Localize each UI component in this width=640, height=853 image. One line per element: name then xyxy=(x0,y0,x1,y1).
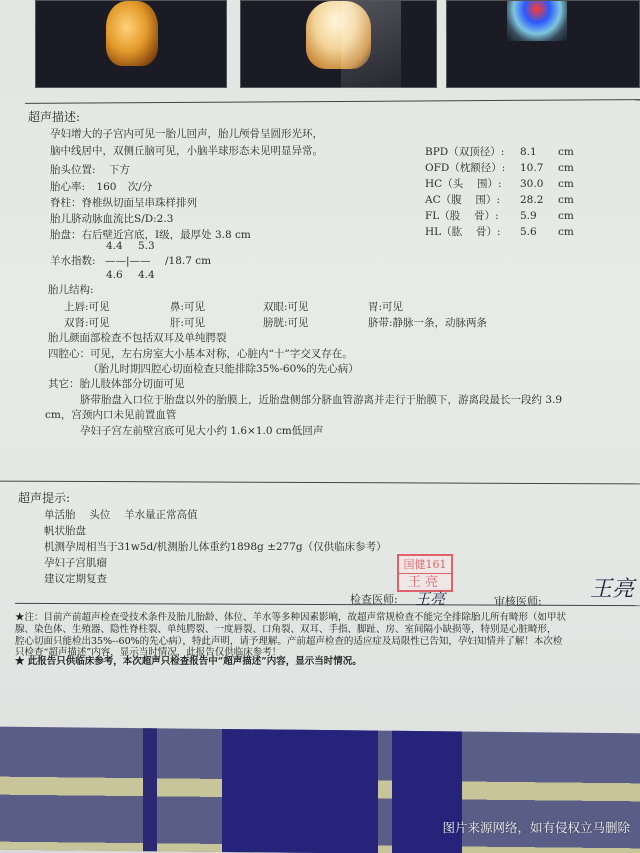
reviewing-doctor-label: 审核医师: xyxy=(494,595,542,609)
umbilical-sd-ratio: 胎儿脐动脉血流比S/D:2.3 xyxy=(50,212,173,226)
spine: 脊柱：脊椎纵切面呈串珠样排列 xyxy=(50,196,197,210)
description-line: 孕妇增大的子宫内可见一胎儿回声，胎儿颅骨呈圆形光环， xyxy=(50,127,323,141)
divider xyxy=(0,481,640,485)
structure-item: 膀胱:可见 xyxy=(263,315,309,330)
cord-insertion-line-1: 脐带胎盘入口位于胎盘以外的胎膜上，近胎盘侧部分脐血管游离并走行于胎膜下，游离段最… xyxy=(80,393,562,407)
structure-item: 双眼:可见 xyxy=(263,299,309,314)
structure-item: 鼻:可见 xyxy=(170,299,205,314)
fetal-head-position: 胎头位置: 下方 xyxy=(50,163,130,177)
measurement-unit: cm xyxy=(558,210,574,222)
uterus-note: 孕妇子宫左前壁宫底可见大小约 1.6×1.0 cm低回声 xyxy=(80,424,323,438)
divider xyxy=(15,603,640,606)
conclusion-line: 单活胎 头位 羊水量正常高值 xyxy=(44,508,198,522)
disclaimer-line: ★注：目前产前超声检查受技术条件及胎儿胎龄、体位、羊水等多种因素影响，故超声常规… xyxy=(15,612,566,623)
measurement-value: 10.7 xyxy=(520,162,558,174)
structure-label: 肝: xyxy=(170,317,184,329)
measurement-row: OFD（枕额径）:10.7cm xyxy=(425,160,574,175)
structure-value: 可见 xyxy=(184,301,205,313)
measurement-value: 5.6 xyxy=(520,226,558,238)
structure-value: 可见 xyxy=(288,301,309,313)
structure-item: 脐带:静脉一条，动脉两条 xyxy=(368,315,487,330)
structure-item: 肝:可见 xyxy=(170,315,205,330)
structure-item: 双肾:可见 xyxy=(64,315,110,330)
measurement-unit: cm xyxy=(558,162,574,174)
doctor-stamp: 国健161 王亮 xyxy=(397,554,453,592)
measurement-value: 5.9 xyxy=(520,210,558,222)
structure-item: 胃:可见 xyxy=(368,299,403,314)
conclusion-line: 孕妇子宫肌瘤 xyxy=(44,556,107,570)
fetal-heart-rate: 胎心率: 160 次/分 xyxy=(50,180,152,194)
field-unit: 次/分 xyxy=(128,181,153,193)
examiner-signature: 王亮 xyxy=(415,588,445,609)
ultrasound-image-3d-2 xyxy=(240,0,437,88)
conclusion-line: 帆状胎盘 xyxy=(44,524,86,538)
measurement-value: 8.1 xyxy=(520,146,558,158)
disclaimer-line: 腺、染色体、生殖器、隐性脊柱裂、单纯腭裂、一度唇裂、口角裂、双耳、手指、脚趾、房… xyxy=(15,624,557,635)
face-exam-note: 胎儿颜面部检查不包括双耳及单纯腭裂 xyxy=(48,331,227,345)
field-value: 下方 xyxy=(109,164,130,176)
measurement-unit: cm xyxy=(558,226,574,238)
measurement-label: BPD（双顶径）: xyxy=(425,144,520,159)
structure-label: 上唇: xyxy=(64,301,89,313)
conclusion-line: 建议定期复查 xyxy=(44,572,107,586)
structure-value: 可见 xyxy=(184,317,205,329)
measurement-unit: cm xyxy=(558,194,574,206)
field-label: 胎心率: xyxy=(50,181,85,193)
field-label: 胎头位置: xyxy=(50,164,96,176)
structure-label: 鼻: xyxy=(170,301,184,313)
structure-label: 膀胱: xyxy=(263,317,288,329)
measurement-value: 30.0 xyxy=(520,178,558,190)
ultrasound-image-3d-1 xyxy=(35,0,227,88)
conclusion-line: 机测孕周相当于31w5d/机测胎儿体重约1898g ±277g（仅供临床参考） xyxy=(44,540,387,554)
disclaimer-line: ★ 此报告只供临床参考，本次超声只检查报告中“超声描述”内容，显示当时情况。 xyxy=(15,656,362,667)
disclaimer-line: 腔心切面只能检出35%--60%的先心病），特此声明，请予理解。产前超声检查的适… xyxy=(15,636,562,647)
afi-quadrant: 4.4 xyxy=(138,268,155,282)
measurement-label: HL（肱 骨）: xyxy=(425,224,520,239)
structure-value: 可见 xyxy=(382,301,403,313)
structure-value: 静脉一条，动脉两条 xyxy=(393,317,488,329)
four-chamber-heart: 四腔心：可见，左右房室大小基本对称，心脏内“十”字交叉存在。 xyxy=(48,347,353,361)
measurement-unit: cm xyxy=(558,178,574,190)
measurement-row: BPD（双顶径）:8.1cm xyxy=(425,144,574,159)
measurement-label: HC（头 围）: xyxy=(425,176,520,191)
structure-value: 可见 xyxy=(288,317,309,329)
measurement-unit: cm xyxy=(558,146,574,158)
conclusion-title: 超声提示: xyxy=(18,489,70,506)
measurement-label: OFD（枕额径）: xyxy=(425,160,520,175)
structure-label: 双肾: xyxy=(64,317,89,329)
structure-label: 双眼: xyxy=(263,301,288,313)
afi-label: 羊水指数: xyxy=(50,254,96,268)
measurement-row: AC（腹 围）:28.2cm xyxy=(425,192,574,207)
description-title: 超声描述: xyxy=(28,108,80,125)
measurement-label: AC（腹 围）: xyxy=(425,192,520,207)
measurement-row: HC（头 围）:30.0cm xyxy=(425,176,574,191)
measurement-row: FL（股 骨）:5.9cm xyxy=(425,208,574,223)
structure-label: 胃: xyxy=(368,301,382,313)
measurement-row: HL（肱 骨）:5.6cm xyxy=(425,224,574,239)
ultrasound-image-doppler xyxy=(446,0,640,88)
four-chamber-note: （胎儿时期四腔心切面检查只能排除35%-60%的先心病） xyxy=(88,362,359,376)
field-value: 160 xyxy=(96,181,116,193)
measurement-value: 28.2 xyxy=(520,194,558,206)
reviewer-signature: 王亮 xyxy=(590,572,634,603)
divider xyxy=(25,99,640,104)
afi-quadrant: 5.3 xyxy=(138,239,155,253)
watermark: 图片来源网络，如有侵权立马删除 xyxy=(442,818,630,836)
afi-total: /18.7 cm xyxy=(165,254,211,268)
afi-quadrant: 4.6 xyxy=(106,268,123,282)
ultrasound-image-strip xyxy=(0,0,640,90)
structure-value: 可见 xyxy=(89,317,110,329)
structure-label: 脐带: xyxy=(368,317,393,329)
stamp-id: 国健161 xyxy=(399,556,451,574)
cord-insertion-line-2: cm，宫颈内口未见前置血管 xyxy=(45,408,176,422)
structure-title: 胎儿结构: xyxy=(48,283,94,297)
measurement-label: FL（股 骨）: xyxy=(425,208,520,223)
other-findings: 其它：胎儿肢体部分切面可见 xyxy=(48,377,185,391)
ultrasound-report: 超声描述: 孕妇增大的子宫内可见一胎儿回声，胎儿颅骨呈圆形光环， 脑中线居中，双… xyxy=(0,0,640,735)
structure-value: 可见 xyxy=(89,301,110,313)
afi-quadrant: 4.4 xyxy=(106,239,123,253)
description-line: 脑中线居中，双侧丘脑可见，小脑半球形态未见明显异常。 xyxy=(50,144,323,158)
structure-item: 上唇:可见 xyxy=(64,299,110,314)
afi-fraction-bars: ——|—— xyxy=(105,254,151,268)
